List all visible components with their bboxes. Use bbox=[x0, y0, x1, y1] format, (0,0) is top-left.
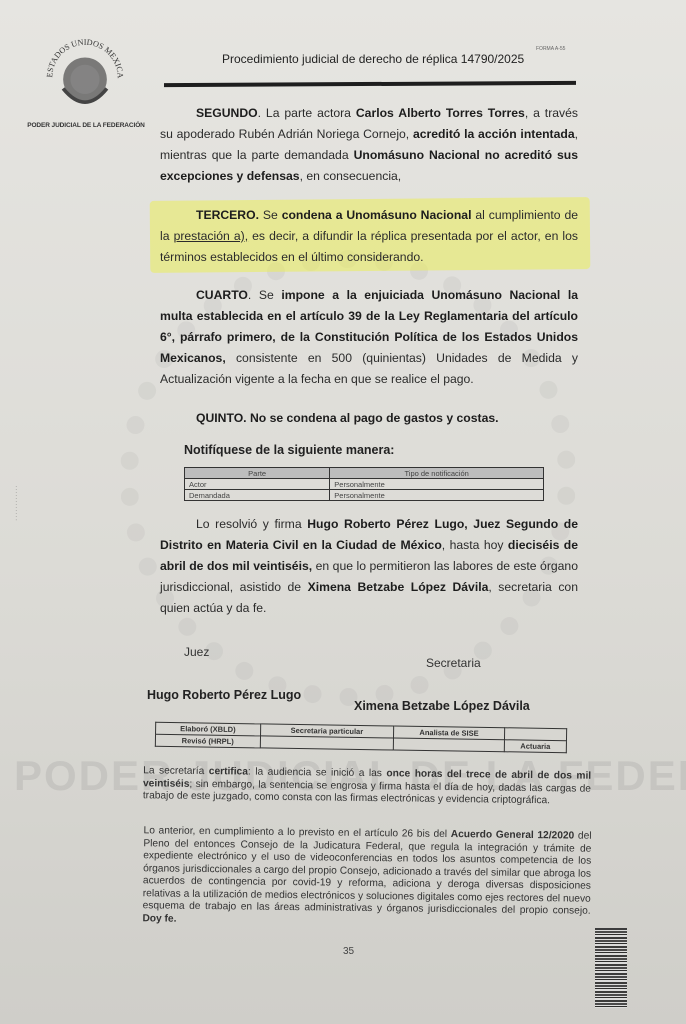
secretary-name: Ximena Betzabe López Dávila bbox=[354, 699, 530, 713]
judge-label: Juez bbox=[184, 645, 209, 659]
review-table: Elaboró (XBLD) Secretaria particular Ana… bbox=[155, 722, 567, 753]
document-title: Procedimiento judicial de derecho de rép… bbox=[222, 52, 524, 66]
institution-label: PODER JUDICIAL DE LA FEDERACIÓN bbox=[26, 122, 146, 129]
judge-name: Hugo Roberto Pérez Lugo bbox=[147, 688, 301, 702]
coat-of-arms-icon: ESTADOS UNIDOS MEXICANOS bbox=[38, 32, 132, 114]
form-code: FORMA A-55 bbox=[536, 46, 565, 52]
resolutivo-segundo: SEGUNDO. La parte actora Carlos Alberto … bbox=[160, 103, 578, 187]
resolutivo-cuarto: CUARTO. Se impone a la enjuiciada Unomás… bbox=[160, 285, 578, 390]
table-row: Demandada Personalmente bbox=[185, 490, 544, 501]
table-row: Actor Personalmente bbox=[185, 479, 544, 490]
agreement-paragraph: Lo anterior, en cumplimiento a lo previs… bbox=[142, 825, 591, 930]
certification-paragraph: La secretaría certifica: la audiencia se… bbox=[143, 765, 591, 808]
notification-title: Notifíquese de la siguiente manera: bbox=[184, 443, 394, 457]
resolutivo-tercero: TERCERO. Se condena a Unomásuno Nacional… bbox=[160, 205, 578, 268]
page-number: 35 bbox=[343, 946, 354, 957]
header-divider bbox=[164, 81, 576, 87]
notification-table: Parte Tipo de notificación Actor Persona… bbox=[184, 467, 544, 501]
secretary-label: Secretaria bbox=[426, 656, 481, 670]
column-header: Parte bbox=[185, 468, 330, 479]
column-header: Tipo de notificación bbox=[330, 468, 544, 479]
barcode-icon bbox=[595, 928, 627, 1008]
side-margin-text: · · · · · · · · · · · · bbox=[13, 485, 19, 520]
document-page: PODER JUDICIAL DE LA FEDERACIÓN ESTADOS … bbox=[0, 0, 686, 1024]
signing-paragraph: Lo resolvió y firma Hugo Roberto Pérez L… bbox=[160, 514, 578, 619]
resolutivo-quinto: QUINTO. No se condena al pago de gastos … bbox=[160, 408, 578, 429]
